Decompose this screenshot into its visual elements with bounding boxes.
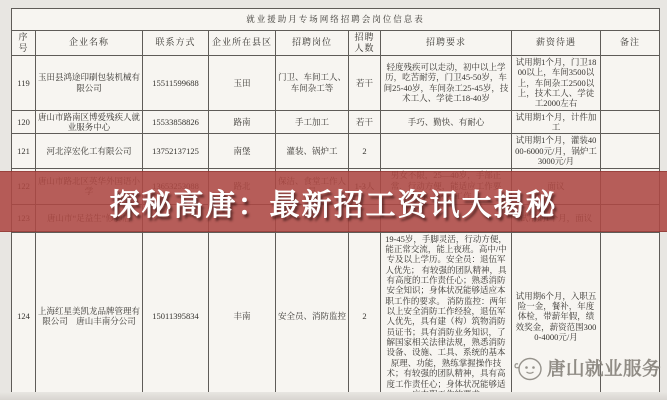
- cell-contact: 15511599688: [143, 55, 209, 110]
- column-header: 序号: [12, 31, 36, 56]
- cell-requirements: [381, 134, 512, 168]
- column-header: 招聘要求: [381, 31, 512, 56]
- column-header: 招聘岗位: [276, 31, 349, 56]
- table-header-row: 序号企业名称联系方式企业所在县区招聘岗位招聘人数招聘要求薪资待遇备注: [12, 31, 660, 56]
- cell-contact: 13752137125: [143, 134, 209, 168]
- cell-requirements: 19-45岁，手脚灵活，行动方便，能正常交流，能上夜班。高中/中专及以上学历。安…: [381, 232, 512, 400]
- cell-company: 玉田县鸿途印刷包装机械有限公司: [36, 55, 143, 110]
- table-row: 120唐山市路南区博爱残疾人就业服务中心15533858826路南手工加工若干手…: [12, 110, 660, 134]
- table-row: 121河北淳宏化工有限公司13752137125南堡灌装、锅炉工2试用期1个月，…: [12, 134, 660, 168]
- cell-id: 121: [12, 134, 36, 168]
- banner-title: 探秘高唐：最新招工资讯大揭秘: [110, 180, 558, 224]
- cell-company: 上海红星美凯龙品牌管理有限公司 唐山丰南分公司: [36, 232, 143, 400]
- cell-requirements: 手巧、勤快、有耐心: [381, 110, 512, 134]
- cell-salary: 试用期1个月，门卫1800以上，车间3500以上，车间杂工2500以上，技术工人…: [512, 55, 601, 110]
- cell-count: 2: [349, 134, 381, 168]
- cell-county: 玉田: [209, 55, 276, 110]
- page: 就业援助月专场网络招聘会岗位信息表 序号企业名称联系方式企业所在县区招聘岗位招聘…: [0, 0, 667, 400]
- column-header: 薪资待遇: [512, 31, 601, 56]
- cell-company: 唐山市路南区博爱残疾人就业服务中心: [36, 110, 143, 134]
- watermark: 唐山就业服务: [514, 350, 664, 386]
- cell-id: 119: [12, 55, 36, 110]
- cell-positions: 手工加工: [276, 110, 349, 134]
- column-header: 招聘人数: [349, 31, 381, 56]
- cell-positions: 安全员、消防监控: [276, 232, 349, 400]
- cell-positions: 灌装、锅炉工: [276, 134, 349, 168]
- cell-requirements: 轻度残疾可以走动，初中以上学历，吃苦耐劳，门卫45-50岁，车间25-40岁，车…: [381, 55, 512, 110]
- column-header: 联系方式: [143, 31, 209, 56]
- column-header: 企业名称: [36, 31, 143, 56]
- cell-county: 丰南: [209, 232, 276, 400]
- cell-salary: 试用期1个月，计件加工: [512, 110, 601, 134]
- cell-note: [601, 55, 660, 110]
- table-title-row: 就业援助月专场网络招聘会岗位信息表: [12, 9, 660, 31]
- cell-positions: 门卫、车间工人、车间杂工等: [276, 55, 349, 110]
- watermark-text: 唐山就业服务: [547, 355, 661, 381]
- cell-count: 2: [349, 232, 381, 400]
- table-title: 就业援助月专场网络招聘会岗位信息表: [12, 9, 660, 31]
- cell-id: 120: [12, 110, 36, 134]
- promo-banner: 探秘高唐：最新招工资讯大揭秘: [0, 171, 667, 232]
- cell-count: 若干: [349, 110, 381, 134]
- cell-county: 南堡: [209, 134, 276, 168]
- cell-id: 124: [12, 232, 36, 400]
- column-header: 企业所在县区: [209, 31, 276, 56]
- watermark-logo-icon: [514, 354, 544, 382]
- column-header: 备注: [601, 31, 660, 56]
- cell-company: 河北淳宏化工有限公司: [36, 134, 143, 168]
- cell-note: [601, 134, 660, 168]
- table-row: 119玉田县鸿途印刷包装机械有限公司15511599688玉田门卫、车间工人、车…: [12, 55, 660, 110]
- cell-contact: 15011395834: [143, 232, 209, 400]
- cell-county: 路南: [209, 110, 276, 134]
- cell-count: 若干: [349, 55, 381, 110]
- cell-note: [601, 110, 660, 134]
- cell-salary: 试用期1个月，灌装4000-6000元/月，锅炉工3000元/月: [512, 134, 601, 168]
- cell-contact: 15533858826: [143, 110, 209, 134]
